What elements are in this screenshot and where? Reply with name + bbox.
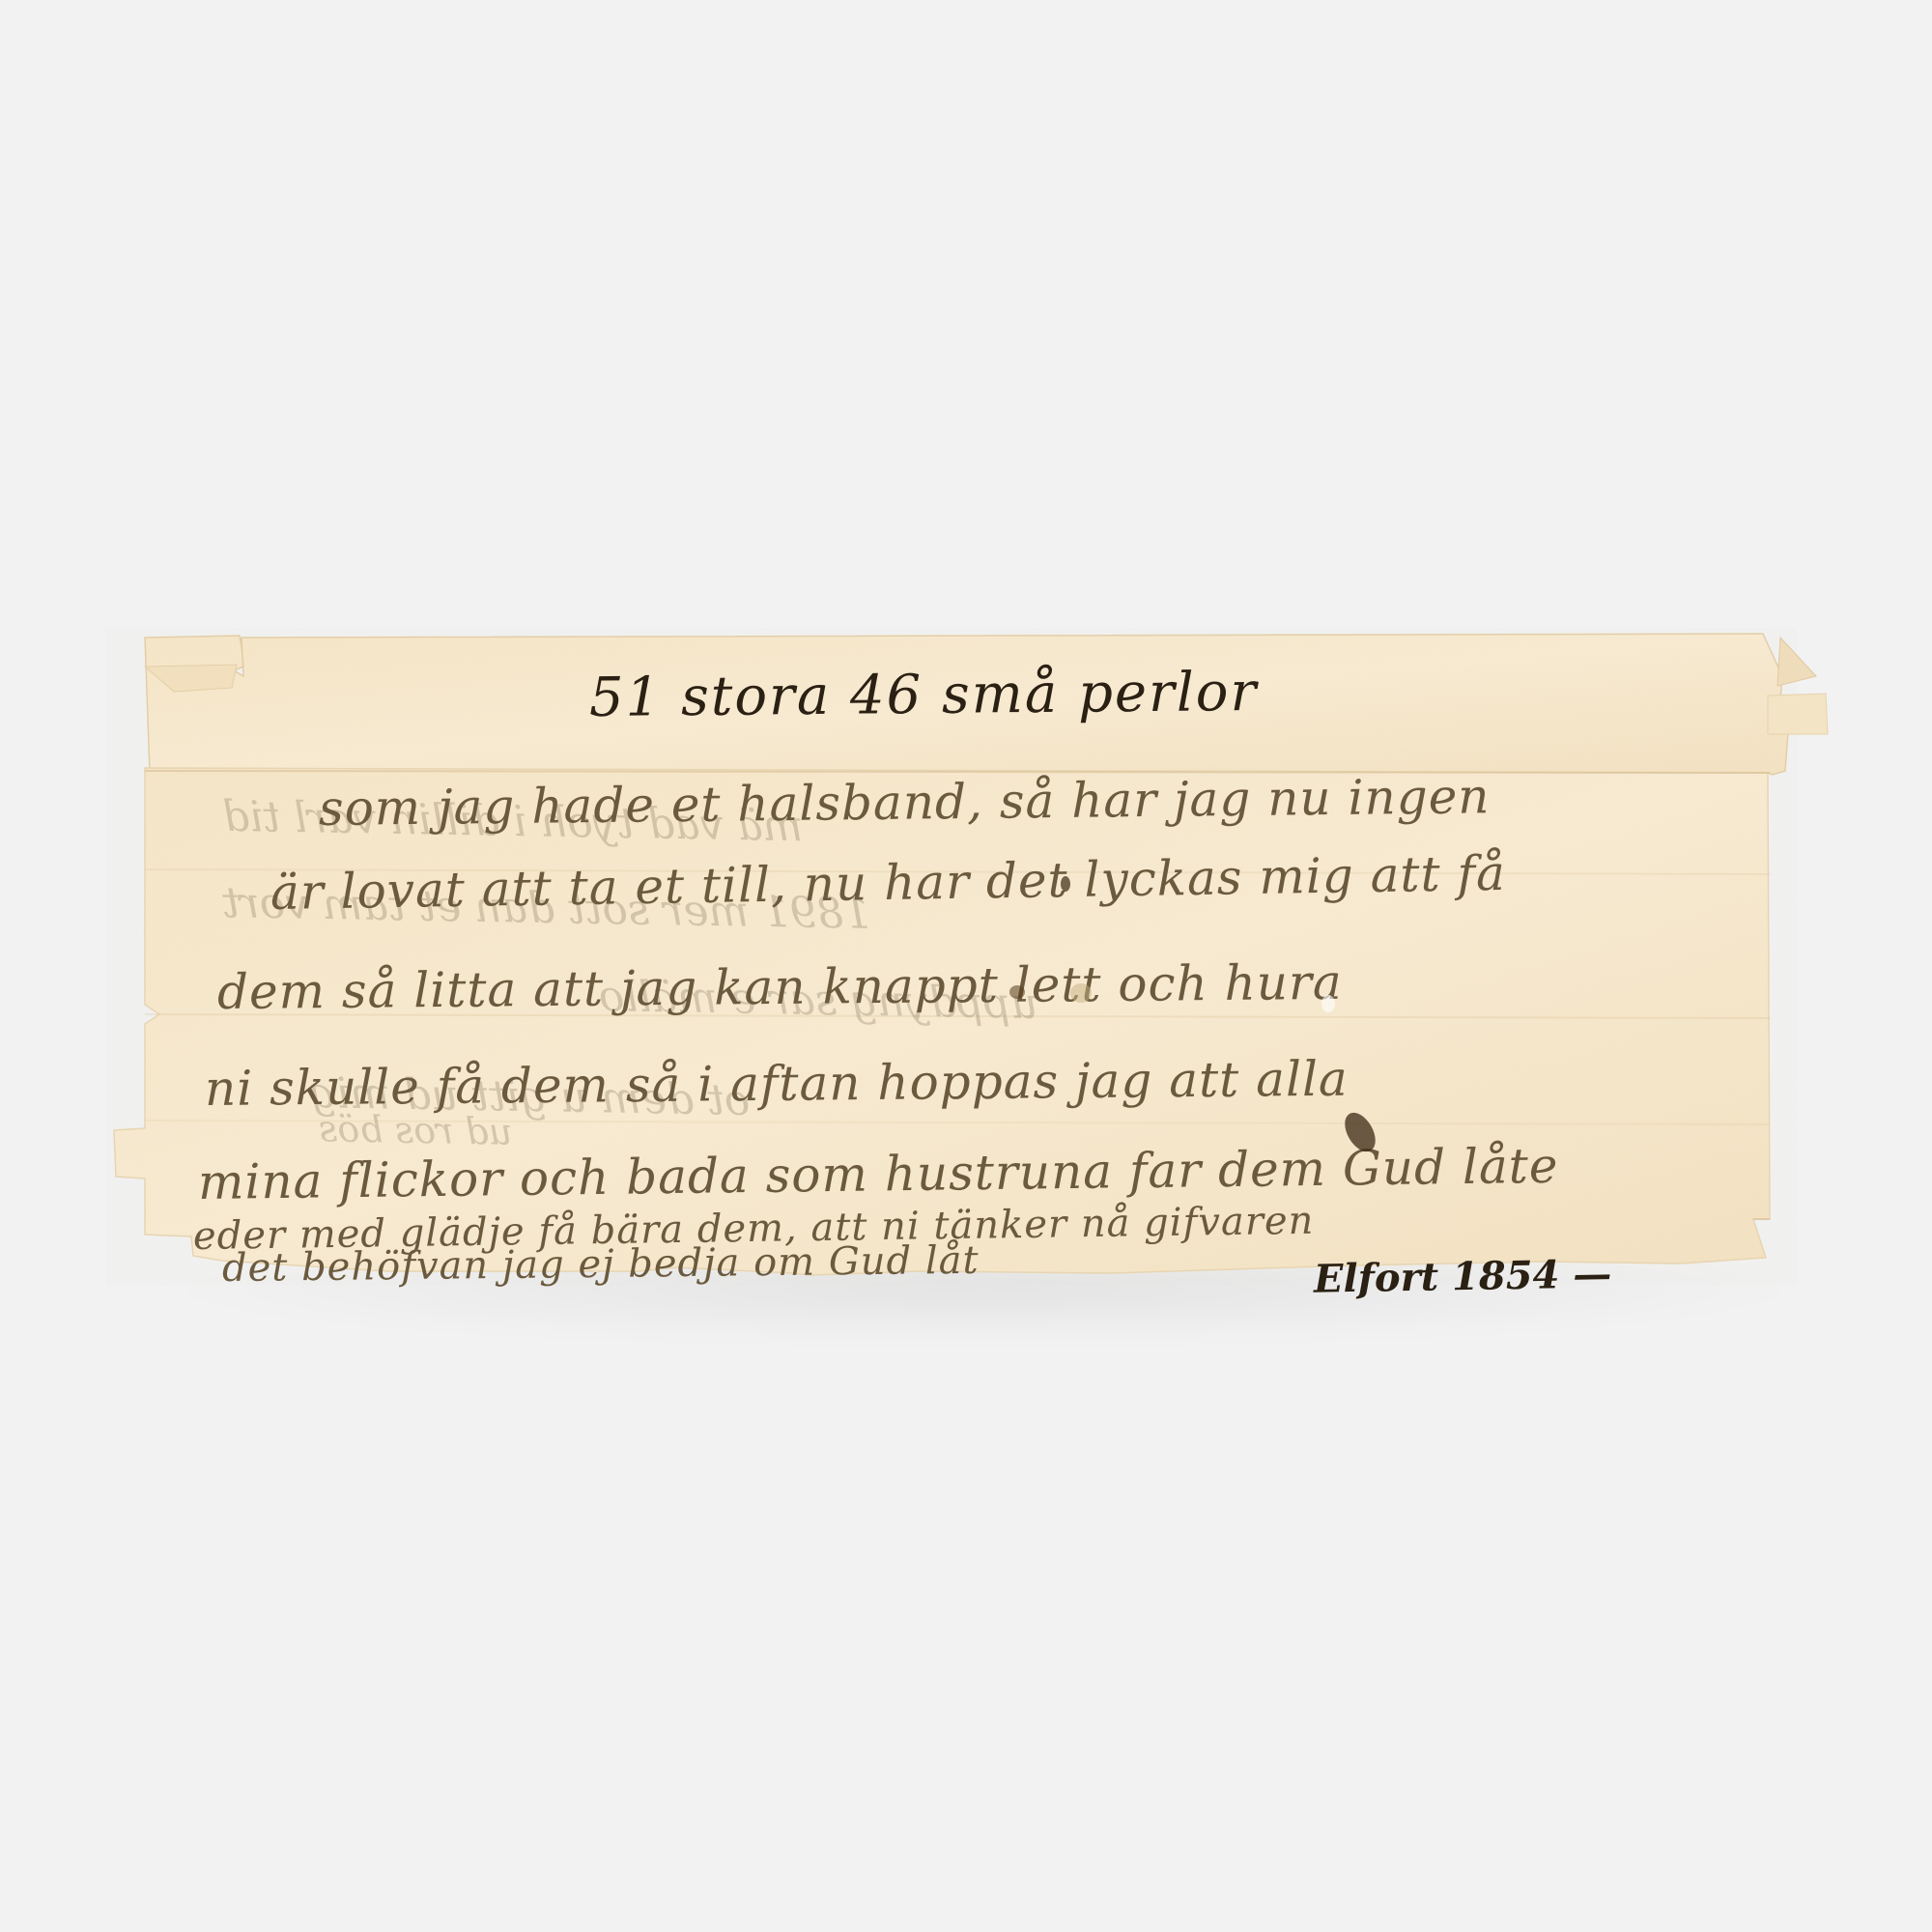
letter-heading: 51 stora 46 små perlor — [589, 661, 1259, 729]
letter-line: ni skulle få dem så i aftan hoppas jag a… — [205, 1051, 1349, 1117]
water-stain — [1321, 995, 1335, 1012]
ink-blot — [1061, 876, 1070, 892]
signature-date: Elfort 1854 — — [1314, 1251, 1612, 1301]
water-stain — [1070, 983, 1092, 1003]
ink-blot — [1009, 985, 1025, 999]
letter-line: det behöfvan jag ej bedja om Gud låt — [222, 1238, 980, 1291]
letter-line: dem så litta att jag kan knappt lett och… — [217, 954, 1343, 1020]
